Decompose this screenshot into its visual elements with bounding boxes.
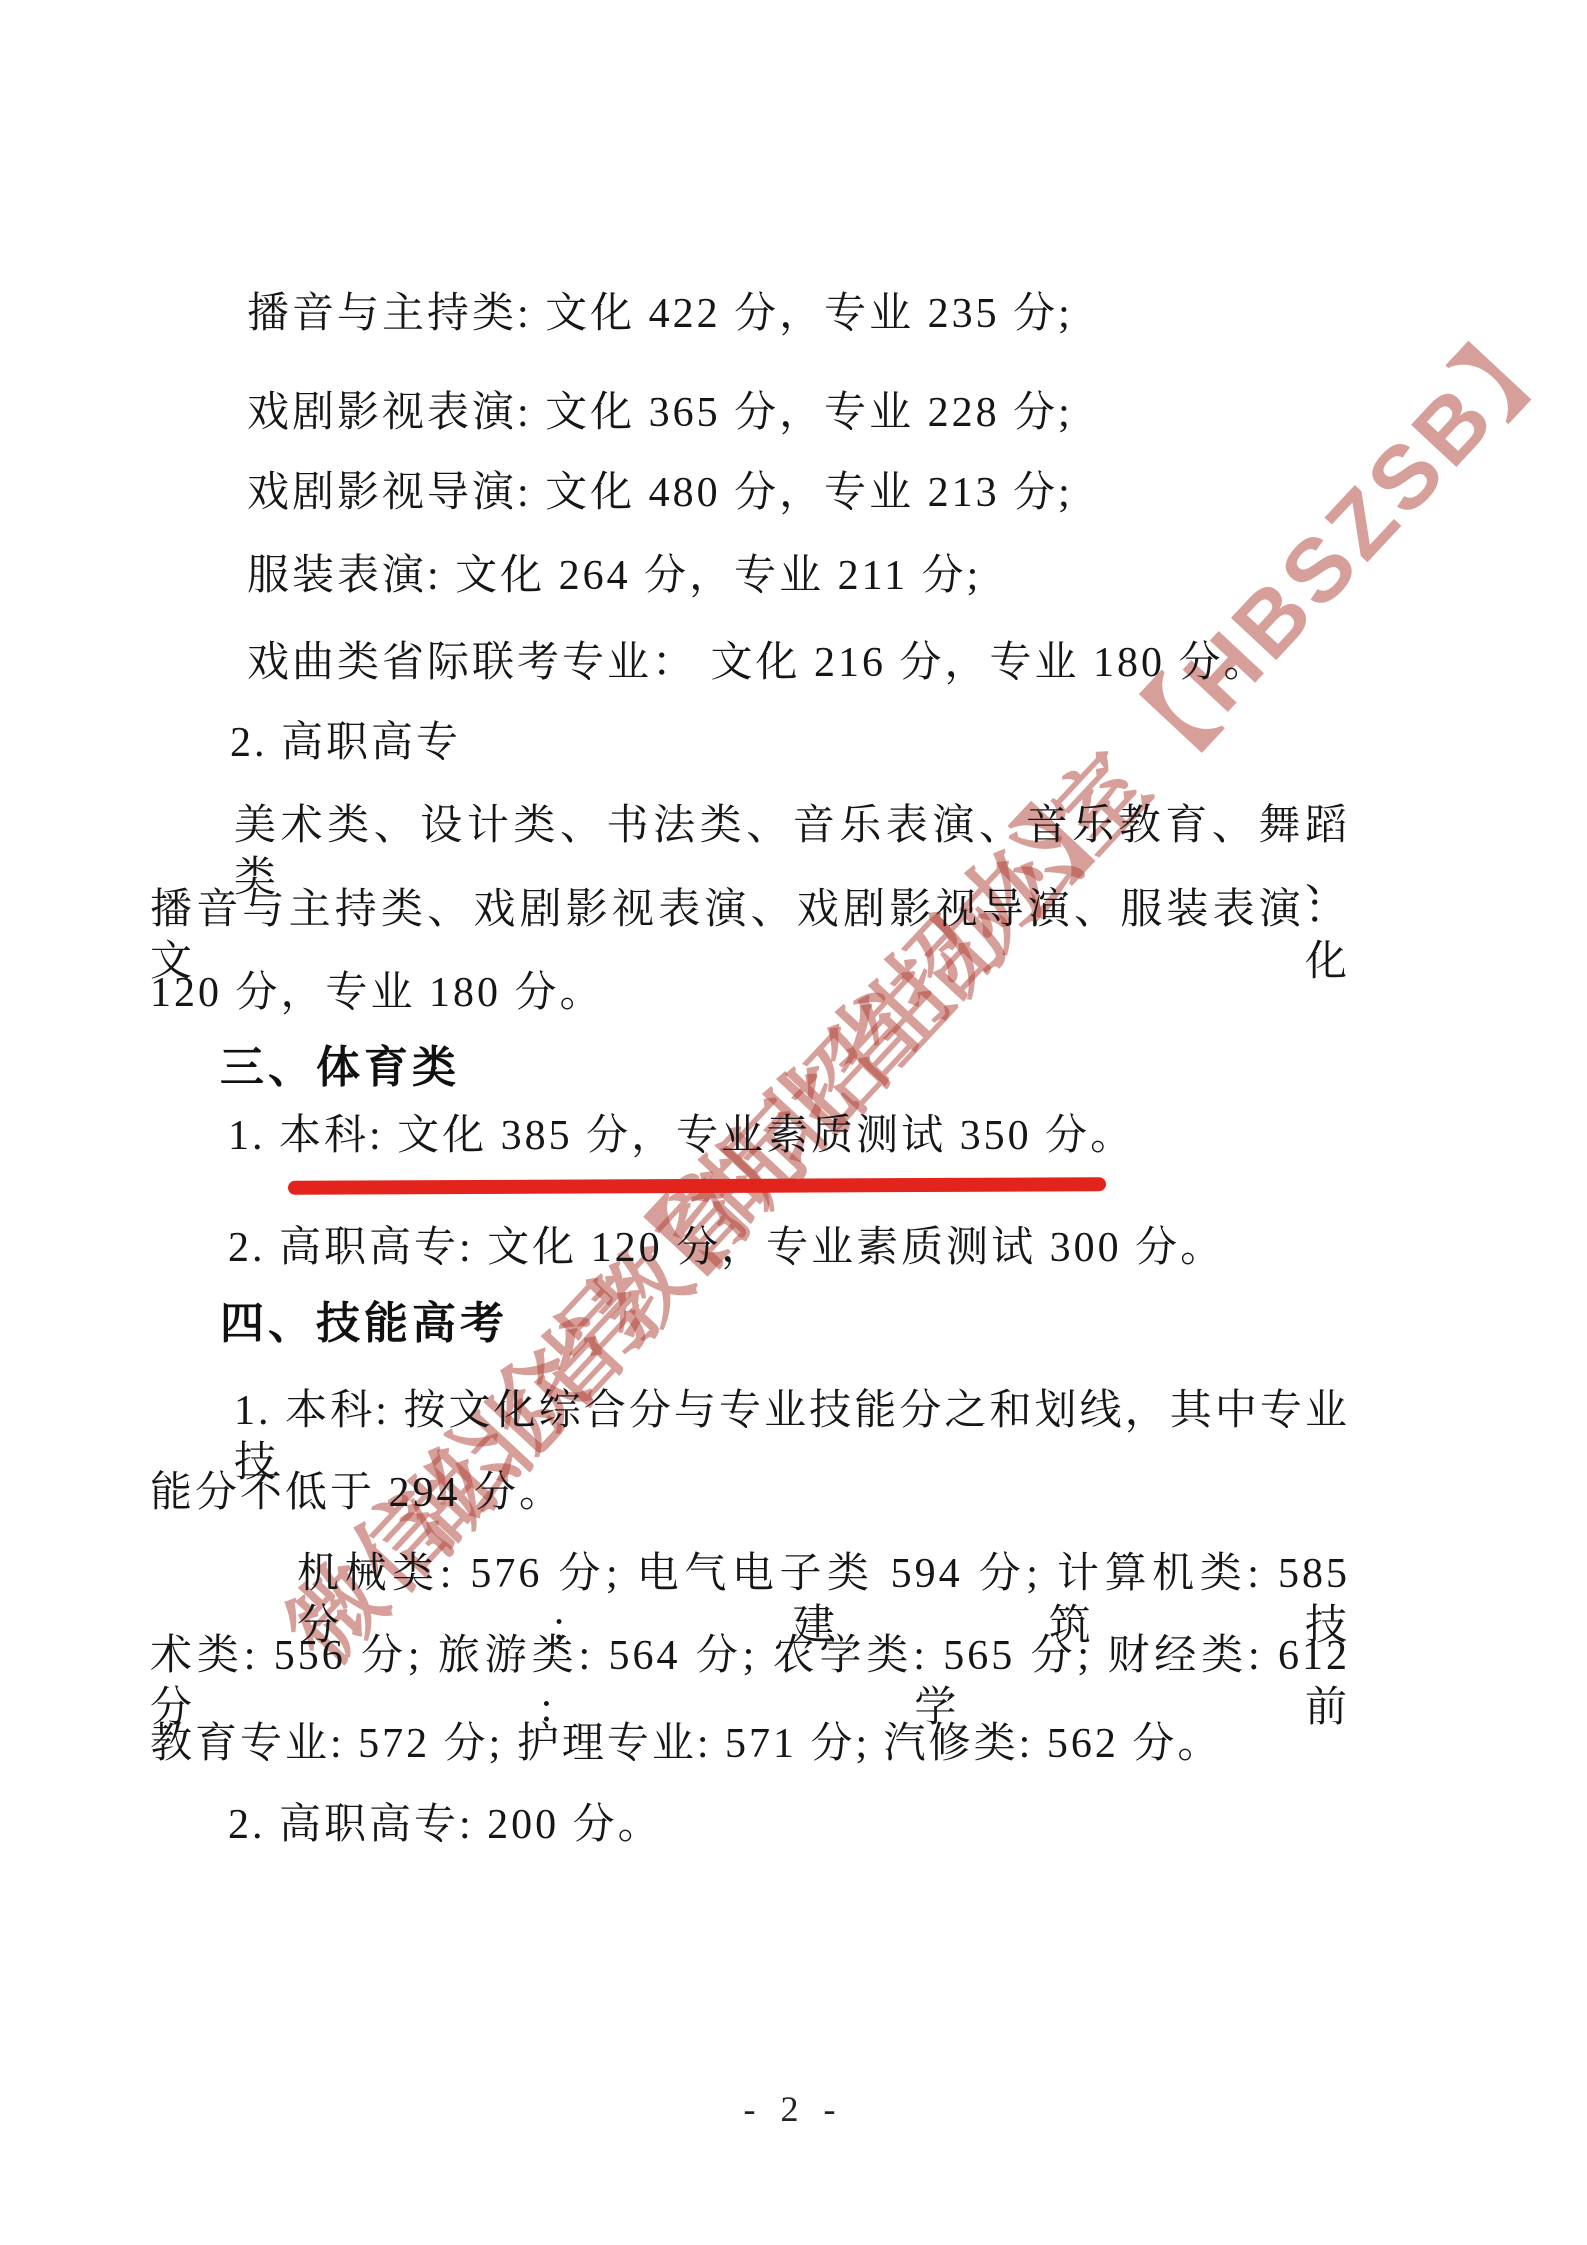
line-fashion-performance: 服装表演: 文化 264 分，专业 211 分;	[247, 550, 981, 602]
line-art-categories-3: 120 分，专业 180 分。	[150, 967, 605, 1019]
line-broadcast-hosting: 播音与主持类: 文化 422 分，专业 235 分;	[247, 288, 1073, 340]
line-skills-undergraduate-2: 能分不低于 294 分。	[150, 1467, 564, 1519]
heading-sports: 三、体育类	[220, 1042, 460, 1094]
line-skills-scores-3: 教育专业: 572 分; 护理专业: 571 分; 汽修类: 562 分。	[150, 1718, 1222, 1770]
document-page: 湖北省教育厅招生办公室【HBSZSB】 微信公众号【湖北省招办】 播音与主持类:…	[0, 0, 1587, 2245]
line-drama-performance: 戏剧影视表演: 文化 365 分，专业 228 分;	[247, 387, 1073, 439]
line-sports-vocational: 2. 高职高专: 文化 120 分，专业素质测试 300 分。	[228, 1222, 1225, 1274]
line-sports-undergraduate: 1. 本科: 文化 385 分，专业素质测试 350 分。	[228, 1110, 1135, 1162]
line-skills-vocational: 2. 高职高专: 200 分。	[228, 1799, 663, 1851]
line-drama-directing: 戏剧影视导演: 文化 480 分，专业 213 分;	[247, 467, 1073, 519]
line-opera-interprovincial: 戏曲类省际联考专业： 文化 216 分，专业 180 分。	[247, 637, 1269, 689]
heading-skills-exam: 四、技能高考	[220, 1298, 508, 1350]
red-underline	[288, 1177, 1106, 1195]
line-vocational-label: 2. 高职高专	[230, 717, 461, 769]
page-number: - 2 -	[0, 2088, 1587, 2130]
